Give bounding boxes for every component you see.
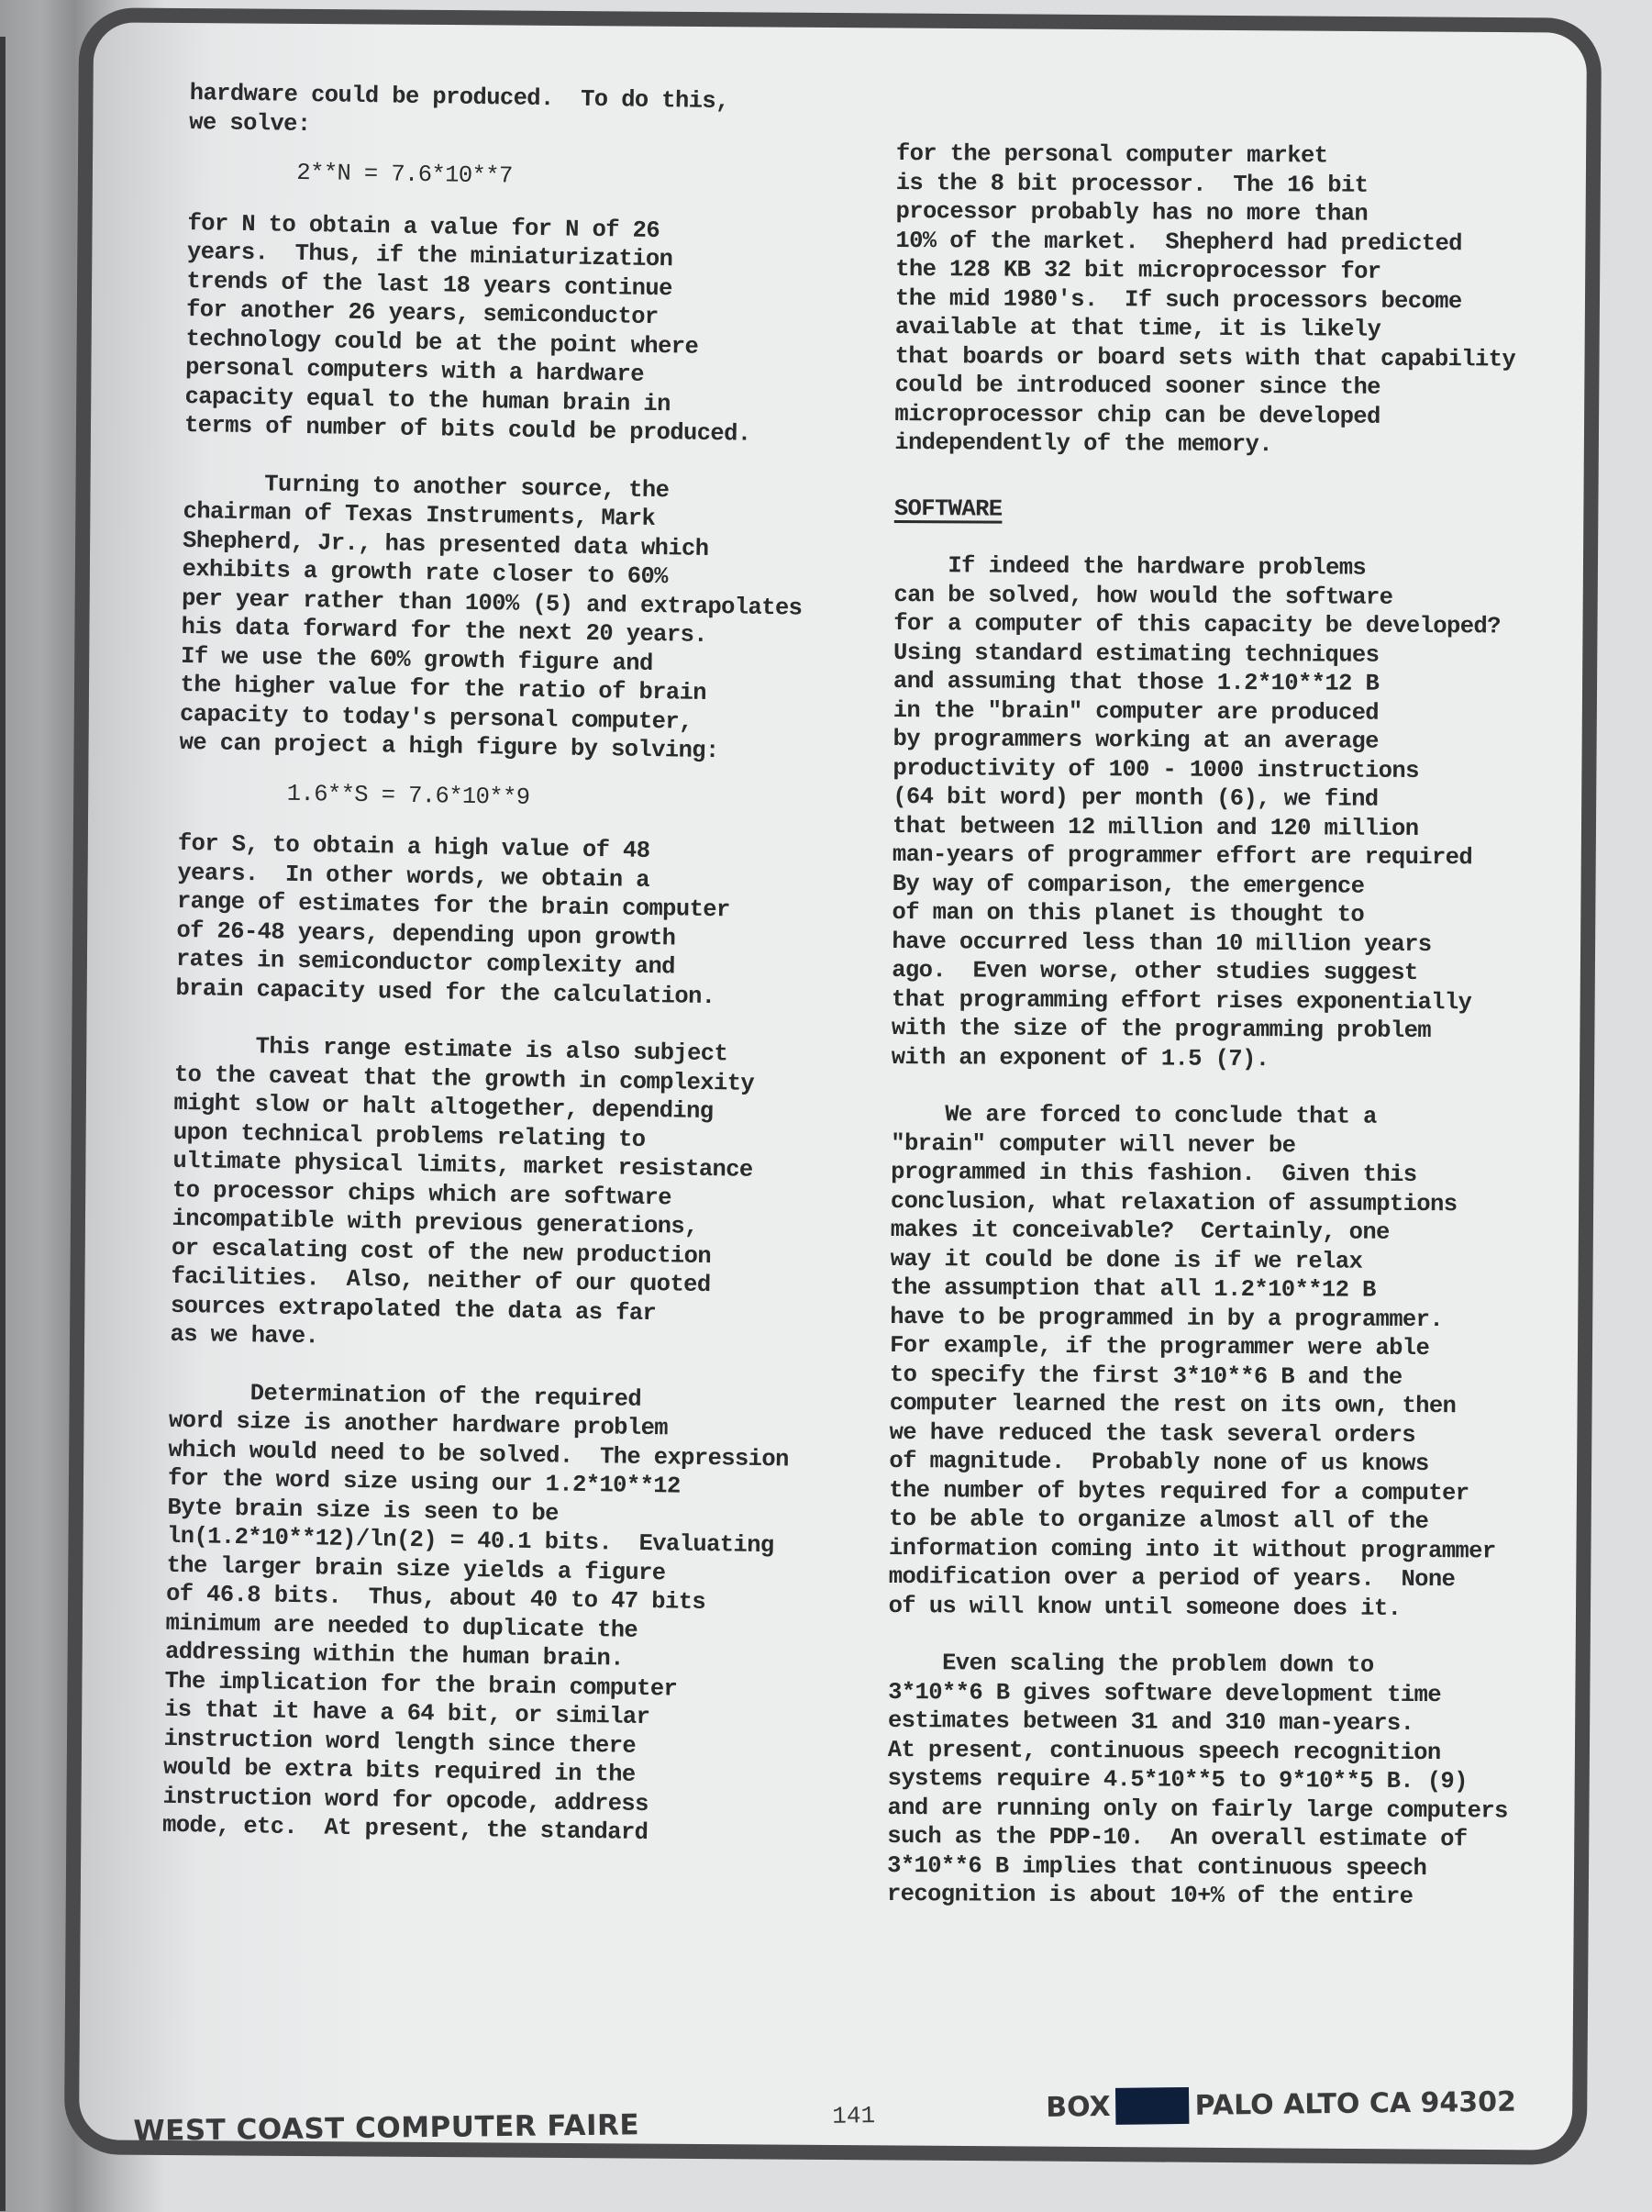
text-line: information coming into it without progr… <box>889 1533 1509 1565</box>
text-line: that between 12 million and 120 million <box>893 811 1513 843</box>
text-line: productivity of 100 - 1000 instructions <box>893 753 1513 785</box>
text-line: is the 8 bit processor. The 16 bit <box>896 168 1516 200</box>
paragraph: for N to obtain a value for N of 26years… <box>184 208 808 450</box>
text-line: 10% of the market. Shepherd had predicte… <box>895 226 1515 258</box>
text-line: recognition is about 10+% of the entire <box>887 1880 1507 1912</box>
text-line: that programming effort rises exponentia… <box>892 984 1512 1017</box>
text-line: "brain" computer will never be <box>891 1128 1511 1161</box>
paragraph: hardware could be produced. To do this,w… <box>189 79 810 147</box>
equation: 2**N = 7.6*10**7 <box>188 157 809 195</box>
paragraph-gap <box>892 1072 1512 1104</box>
text-line: By way of comparison, the emergence <box>893 869 1513 901</box>
redaction-block <box>1115 2087 1189 2125</box>
paragraph: for the personal computer marketis the 8… <box>894 139 1516 461</box>
section-gap <box>894 523 1514 555</box>
text-line: the assumption that all 1.2*10**12 B <box>890 1273 1510 1306</box>
text-line: the 128 KB 32 bit microprocessor for <box>895 255 1515 287</box>
text-line: If indeed the hardware problems <box>893 551 1513 584</box>
text-line: way it could be done is if we relax <box>891 1244 1511 1276</box>
mailing-address: BOX PALO ALTO CA 94302 <box>1046 2084 1516 2126</box>
text-line: Even scaling the problem down to <box>888 1649 1508 1681</box>
paragraph-gap <box>888 1620 1508 1652</box>
text-line: man-years of programmer effort are requi… <box>893 840 1513 873</box>
text-line: ago. Even worse, other studies suggest <box>892 956 1512 988</box>
text-line: microprocessor chip can be developed <box>894 399 1514 431</box>
text-line: we have reduced the task several orders <box>890 1417 1510 1450</box>
paragraph: This range estimate is also subjectto th… <box>170 1031 795 1359</box>
text-line: of man on this planet is thought to <box>893 898 1513 930</box>
text-line: to specify the first 3*10**6 B and the <box>890 1360 1510 1392</box>
publication-name: WEST COAST COMPUTER FAIRE <box>133 2108 639 2148</box>
text-line: 3*10**6 B gives software development tim… <box>888 1677 1508 1709</box>
paragraph: for S, to obtain a high value of 48years… <box>175 829 798 1013</box>
text-line: (64 bit word) per month (6), we find <box>893 783 1513 815</box>
page-number: 141 <box>832 2102 875 2130</box>
text-line: with an exponent of 1.5 (7). <box>892 1042 1512 1074</box>
text-line: could be introduced sooner since the <box>895 371 1515 403</box>
section-heading: SOFTWARE <box>894 494 1514 526</box>
text-line: of us will know until someone does it. <box>889 1591 1509 1623</box>
text-line: programmed in this fashion. Given this <box>891 1158 1511 1190</box>
text-line: makes it conceivable? Certainly, one <box>891 1216 1511 1248</box>
paragraph: We are forced to conclude that a"brain" … <box>889 1100 1512 1624</box>
text-line: At present, continuous speech recognitio… <box>888 1735 1508 1767</box>
text-line: and are running only on fairly large com… <box>887 1793 1507 1825</box>
equation: 1.6**S = 7.6*10**9 <box>179 777 800 816</box>
text-line: that boards or board sets with that capa… <box>895 341 1515 373</box>
text-line: for the personal computer market <box>896 139 1516 172</box>
left-column: hardware could be produced. To do this,w… <box>162 79 810 1850</box>
text-line: processor probably has no more than <box>896 197 1516 229</box>
section-gap <box>894 457 1515 497</box>
text-line: available at that time, it is likely <box>895 313 1515 345</box>
text-line: have to be programmed in by a programmer… <box>890 1302 1510 1334</box>
text-line: Using standard estimating techniques <box>893 638 1513 670</box>
text-line: to be able to organize almost all of the <box>889 1505 1509 1537</box>
box-label: BOX <box>1046 2090 1111 2123</box>
previous-page-edge <box>0 37 6 2211</box>
paragraph: Turning to another source, thechairman o… <box>179 468 804 767</box>
text-line: estimates between 31 and 310 man-years. <box>888 1706 1508 1739</box>
text-line: For example, if the programmer were able <box>890 1331 1510 1363</box>
text-line: systems require 4.5*10**5 to 9*10**5 B. … <box>888 1764 1508 1796</box>
text-line: can be solved, how would the software <box>893 580 1513 612</box>
address-text: PALO ALTO CA 94302 <box>1194 2085 1516 2121</box>
text-line: for a computer of this capacity be devel… <box>893 609 1513 641</box>
text-line: conclusion, what relaxation of assumptio… <box>891 1186 1511 1218</box>
text-line: 3*10**6 B implies that continuous speech <box>887 1851 1507 1883</box>
text-line: by programmers working at an average <box>893 725 1513 757</box>
text-line: have occurred less than 10 million years <box>892 927 1512 959</box>
paragraph: If indeed the hardware problemscan be so… <box>892 551 1514 1075</box>
text-line: the mid 1980's. If such processors becom… <box>895 283 1515 316</box>
text-line: of magnitude. Probably none of us knows <box>889 1447 1509 1479</box>
text-line: independently of the memory. <box>894 428 1514 461</box>
text-line: the number of bytes required for a compu… <box>889 1475 1509 1507</box>
text-line: and assuming that those 1.2*10**12 B <box>893 667 1513 699</box>
text-line: in the "brain" computer are produced <box>893 695 1513 728</box>
text-line: with the size of the programming problem <box>892 1014 1512 1046</box>
text-line: modification over a period of years. Non… <box>889 1562 1509 1595</box>
right-column: for the personal computer marketis the 8… <box>887 139 1516 1912</box>
text-line: such as the PDP-10. An overall estimate … <box>887 1822 1507 1854</box>
text-line: We are forced to conclude that a <box>891 1100 1511 1132</box>
text-line: computer learned the rest on its own, th… <box>890 1389 1510 1421</box>
paragraph: Determination of the requiredword size i… <box>162 1377 790 1850</box>
paragraph: Even scaling the problem down to3*10**6 … <box>887 1649 1509 1912</box>
